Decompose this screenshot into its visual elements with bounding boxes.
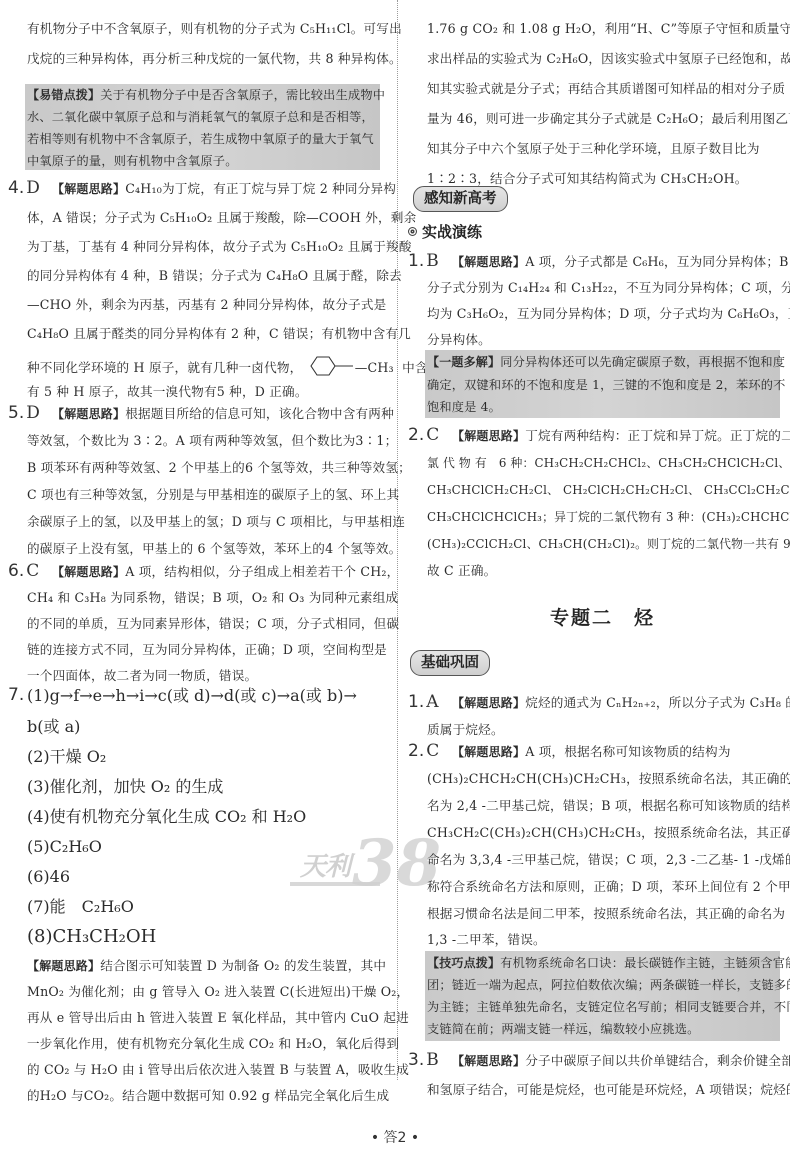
intro-line: 戊烷的三种异构体，再分析三种戊烷的一氯代物，共 8 种异构体。 <box>27 51 402 67</box>
question-5-number: 5.D <box>8 403 40 423</box>
continued-line: 1.76 g CO₂ 和 1.08 g H₂O，利用“H、C”等原子守恒和质量守… <box>427 21 790 37</box>
q6-line: 一个四面体，故二者为同一物质，错误。 <box>27 668 257 684</box>
skill-tip-line-1: 【技巧点拨】有机物系统命名口诀：最长碳链作主链，主链须含官能 <box>427 955 790 971</box>
q7-answer: b(或 a) <box>27 716 80 738</box>
error-tip-line: 若相等则有机物中不含氧原子，若生成物中氧原子的量大于氧气 <box>27 131 374 147</box>
q6-line: 的不同的单质，互为同素异形体，错误；C 项，分子式相同，但碳 <box>27 616 399 632</box>
section-badge-new-exam: 感知新高考 <box>413 186 508 212</box>
solution-label: 【解题思路】 <box>52 182 125 196</box>
error-tip-box: 【易错点拨】关于有机物分子中是否含氧原子，需比较出生成物中 水、二氧化碳中氧原子… <box>25 84 380 170</box>
solution-label: 【解题思路】 <box>52 407 125 421</box>
q5-line-1: 【解题思路】根据题目所给的信息可知，该化合物中含有两种 <box>52 406 394 422</box>
q7-answer: (5)C₂H₆O <box>27 836 102 858</box>
q4-line: 有 5 种 H 原子，故其一溴代物有5 种，D 正确。 <box>27 384 308 400</box>
q7-answer-1: (1)g→f→e→h→i→c(或 d)→d(或 c)→a(或 b)→ <box>27 685 357 707</box>
q7-answer: (3)催化剂，加快 O₂ 的生成 <box>27 776 223 798</box>
error-tip-line: 水、二氧化碳中氧原子总和与消耗氧气的氧原子总和是否相等， <box>27 109 374 125</box>
q7-answer: (6)46 <box>27 866 70 888</box>
error-tip-line: 中氧原子的量，则有机物中含氧原子。 <box>27 153 238 169</box>
p2-line: 故 C 正确。 <box>427 563 496 579</box>
question-6-answer: C <box>26 561 39 581</box>
solution-label: 【解题思路】 <box>52 565 125 579</box>
q5-line: 等效氢，个数比为 3∶2。A 项有两种等效氢，但个数比为3∶1； <box>27 433 397 449</box>
page-number: • 答2 • <box>0 1127 790 1147</box>
p1-line: 均为 C₃H₆O₂，互为同分异构体；D 项，分子式均为 C₆H₆O₃，互为同 <box>427 306 790 322</box>
basics-3-answer: B <box>426 1050 439 1070</box>
q4-line: C₄H₈O 且属于醛类的同分异构体有 2 种，C 错误；有机物中含有几 <box>27 326 411 342</box>
multi-solution-label: 【一题多解】 <box>427 355 500 369</box>
continued-line: 知其分子中六个氢原子处于三种化学环境，且原子数目比为 <box>427 141 760 157</box>
b2-line: 1,3 -二甲苯，错误。 <box>427 932 546 948</box>
p1-line: 分子式分别为 C₁₄H₂₄ 和 C₁₃H₂₂，不互为同分异构体；C 项，分子式 <box>427 280 790 296</box>
solution-label: 【解题思路】 <box>452 255 525 269</box>
q5-line: 余碳原子上的氢，以及甲基上的氢；D 项与 C 项相比，与甲基相连 <box>27 514 405 530</box>
b3-line: 和氢原子结合，可能是烷烃，也可能是环烷烃，A 项错误；烷烃的通 <box>427 1082 790 1098</box>
q4-line: —CHO 外，剩余为丙基，丙基有 2 种同分异构体，故分子式是 <box>27 297 386 313</box>
intro-line: 有机物分子中不含氧原子，则有机物的分子式为 C₅H₁₁Cl。可写出 <box>27 21 402 37</box>
question-4-answer: D <box>26 178 40 198</box>
question-6-number: 6.C <box>8 561 39 581</box>
b2-line: 根据习惯命名法是间二甲苯，按照系统命名法，其正确的命名为 <box>427 906 785 922</box>
q7-solution-line-1: 【解题思路】结合图示可知装置 D 为制备 O₂ 的发生装置，其中 <box>27 958 386 974</box>
b1-line-1: 【解题思路】烷烃的通式为 CₙH₂ₙ₊₂，所以分子式为 C₃H₈ 的物 <box>452 695 790 711</box>
topic-title: 专题二 烃 <box>550 603 655 630</box>
continued-line: 知其实验式就是分子式；再结合其质谱图可知样品的相对分子质 <box>427 81 785 97</box>
p2-line-1: 【解题思路】丁烷有两种结构：正丁烷和异丁烷。正丁烷的二 <box>452 428 790 444</box>
solution-label: 【解题思路】 <box>452 696 525 710</box>
q7-solution-line: 的 CO₂ 与 H₂O 由 i 管导出后依次进入装置 B 与装置 A，吸收生成 <box>27 1062 409 1078</box>
p2-line: CH₃CHClCH₂CH₂Cl、 CH₂ClCH₂CH₂CH₂Cl、 CH₃CC… <box>427 482 790 498</box>
basics-1-number: 1.A <box>408 692 439 712</box>
bullet-circle-icon <box>408 227 417 236</box>
solution-label: 【解题思路】 <box>452 745 525 759</box>
question-7-number: 7. <box>8 685 24 705</box>
basics-2-answer: C <box>426 741 439 761</box>
skill-tip-label: 【技巧点拨】 <box>427 956 500 970</box>
p2-line: 氯 代 物 有 6 种：CH₃CH₂CH₂CHCl₂、CH₃CH₂CHClCH₂… <box>427 455 790 471</box>
basics-2-number: 2.C <box>408 741 439 761</box>
q6-line-1: 【解题思路】A 项，结构相似，分子组成上相差若干个 CH₂， <box>52 564 399 580</box>
b2-line-1: 【解题思路】A 项，根据名称可知该物质的结构为 <box>452 744 731 760</box>
question-5-answer: D <box>26 403 40 423</box>
continued-line: 求出样品的实验式为 C₂H₆O，因该实验式中氢原子已经饱和，故可 <box>427 51 790 67</box>
watermark-brand: 天利 <box>300 846 350 883</box>
b2-line: 命名为 3,3,4 -三甲基己烷，错误；C 项，2,3 -二乙基- 1 -戊烯的… <box>427 852 790 868</box>
basics-1-answer: A <box>426 692 438 712</box>
p2-line: (CH₃)₂CClCH₂Cl、CH₃CH(CH₂Cl)₂。则丁烷的二氯代物一共有… <box>427 536 790 552</box>
q7-answer: (4)使有机物充分氧化生成 CO₂ 和 H₂O <box>27 806 306 828</box>
practice-2-number: 2.C <box>408 425 439 445</box>
practice-2-answer: C <box>426 425 439 445</box>
column-divider <box>397 0 398 1080</box>
q4-line: 为丁基，丁基有 4 种同分异构体，故分子式为 C₅H₁₀O₂ 且属于羧酸 <box>27 239 412 255</box>
multi-solution-line-1: 【一题多解】同分异构体还可以先确定碳原子数，再根据不饱和度 <box>427 354 785 370</box>
q7-solution-line: 再从 e 管导出后由 h 管进入装置 E 氧化样品，其中管内 CuO 起进 <box>27 1010 409 1026</box>
practice-1-answer: B <box>426 251 439 271</box>
error-tip-label: 【易错点拨】 <box>27 88 100 102</box>
basics-3-number: 3.B <box>408 1050 439 1070</box>
skill-tip-line: 为主链；主链单独先命名，支链定位名写前；相同支链要合并，不同 <box>427 999 790 1015</box>
error-tip-line-1: 【易错点拨】关于有机物分子中是否含氧原子，需比较出生成物中 <box>27 87 385 103</box>
b2-line: 名为 2,4 -二甲基己烷，错误；B 项，根据名称可知该物质的结构为 <box>427 798 790 814</box>
q6-line: 链的连接方式不同，互为同分异构体，正确；D 项，空间构型是 <box>27 642 387 658</box>
q7-solution-line: MnO₂ 为催化剂；由 g 管导入 O₂ 进入装置 C(长进短出)干燥 O₂， <box>27 984 409 1000</box>
b2-line: 称符合系统命名方法和原则，正确；D 项，苯环上间位有 2 个甲基， <box>427 879 790 895</box>
b2-line: (CH₃)₂CHCH₂CH(CH₃)CH₂CH₃，按照系统命名法，其正确的命 <box>427 771 790 787</box>
skill-tip-line: 团；链近一端为起点，阿拉伯数依次编；两条碳链一样长，支链多的 <box>427 977 790 993</box>
practice-1-number: 1.B <box>408 251 439 271</box>
p1-line-1: 【解题思路】A 项，分子式都是 C₆H₆，互为同分异构体；B 项， <box>452 254 790 270</box>
q7-answer: (2)干燥 O₂ <box>27 746 106 768</box>
q7-answer: (8)CH₃CH₂OH <box>27 926 156 948</box>
skill-tip-line: 支链简在前；两端支链一样远，编数较小应挑选。 <box>427 1021 700 1037</box>
b2-line: CH₃CH₂C(CH₃)₂CH(CH₃)CH₂CH₃，按照系统命名法，其正确的 <box>427 825 790 841</box>
section-badge-basics: 基础巩固 <box>410 650 490 676</box>
q4-line: 的同分异构体有 4 种，B 错误；分子式为 C₄H₈O 且属于醛，除去 <box>27 268 402 284</box>
q5-line: B 项苯环有两种等效氢、2 个甲基上的6 个氢等效，共三种等效氢； <box>27 460 411 476</box>
p2-line: CH₃CHClCHClCH₃；异丁烷的二氯代物有 3 种：(CH₃)₂CHCHC… <box>427 509 790 525</box>
continued-line: 1∶2∶3，结合分子式可知其结构简式为 CH₃CH₂OH。 <box>427 171 748 187</box>
q4-line: 体，A 错误；分子式为 C₅H₁₀O₂ 且属于羧酸，除—COOH 外，剩余 <box>27 210 416 226</box>
q6-line: CH₄ 和 C₃H₈ 为同系物，错误；B 项，O₂ 和 O₃ 为同种元素组成 <box>27 590 398 606</box>
b1-line: 质属于烷烃。 <box>427 722 504 738</box>
b3-line-1: 【解题思路】分子中碳原子间以共价单键结合，剩余价键全部 <box>452 1053 790 1069</box>
q7-solution-line: 的H₂O 与CO₂。结合题中数据可知 0.92 g 样品完全氧化后生成 <box>27 1088 389 1104</box>
q5-line: C 项也有三种等效氢，分别是与甲基相连的碳原子上的氢、环上其 <box>27 487 399 503</box>
multi-solution-line: 确定，双键和环的不饱和度是 1，三键的不饱和度是 2，苯环的不 <box>427 377 786 393</box>
p1-line: 分异构体。 <box>427 332 491 348</box>
q5-line: 的碳原子上没有氢，甲基上的 6 个氢等效，苯环上的4 个氢等效。 <box>27 541 401 557</box>
multi-solution-box: 【一题多解】同分异构体还可以先确定碳原子数，再根据不饱和度 确定，双键和环的不饱… <box>425 350 780 418</box>
solution-label: 【解题思路】 <box>27 959 100 973</box>
question-4-number: 4.D <box>8 178 40 198</box>
continued-line: 量为 46，则可进一步确定其分子式就是 C₂H₆O；最后利用图乙可 <box>427 111 790 127</box>
methylcyclohexane-structure-icon <box>307 355 355 377</box>
solution-label: 【解题思路】 <box>452 429 525 443</box>
solution-label: 【解题思路】 <box>452 1054 525 1068</box>
skill-tip-box: 【技巧点拨】有机物系统命名口诀：最长碳链作主链，主链须含官能 团；链近一端为起点… <box>425 951 780 1041</box>
q4-line-1: 【解题思路】C₄H₁₀为丁烷，有正丁烷与异丁烷 2 种同分异构 <box>52 181 396 197</box>
q7-answer: (7)能 C₂H₆O <box>27 896 134 918</box>
multi-solution-line: 饱和度是 4。 <box>427 399 501 415</box>
q4-line-structure: 种不同化学环境的 H 原子，就有几种一卤代物， —CH₃ 中含 <box>27 355 428 377</box>
q7-solution-line: 一步氧化作用，使有机物充分氧化生成 CO₂ 和 H₂O，氧化后得到 <box>27 1036 399 1052</box>
subsection-practice: 实战演练 <box>408 222 482 242</box>
